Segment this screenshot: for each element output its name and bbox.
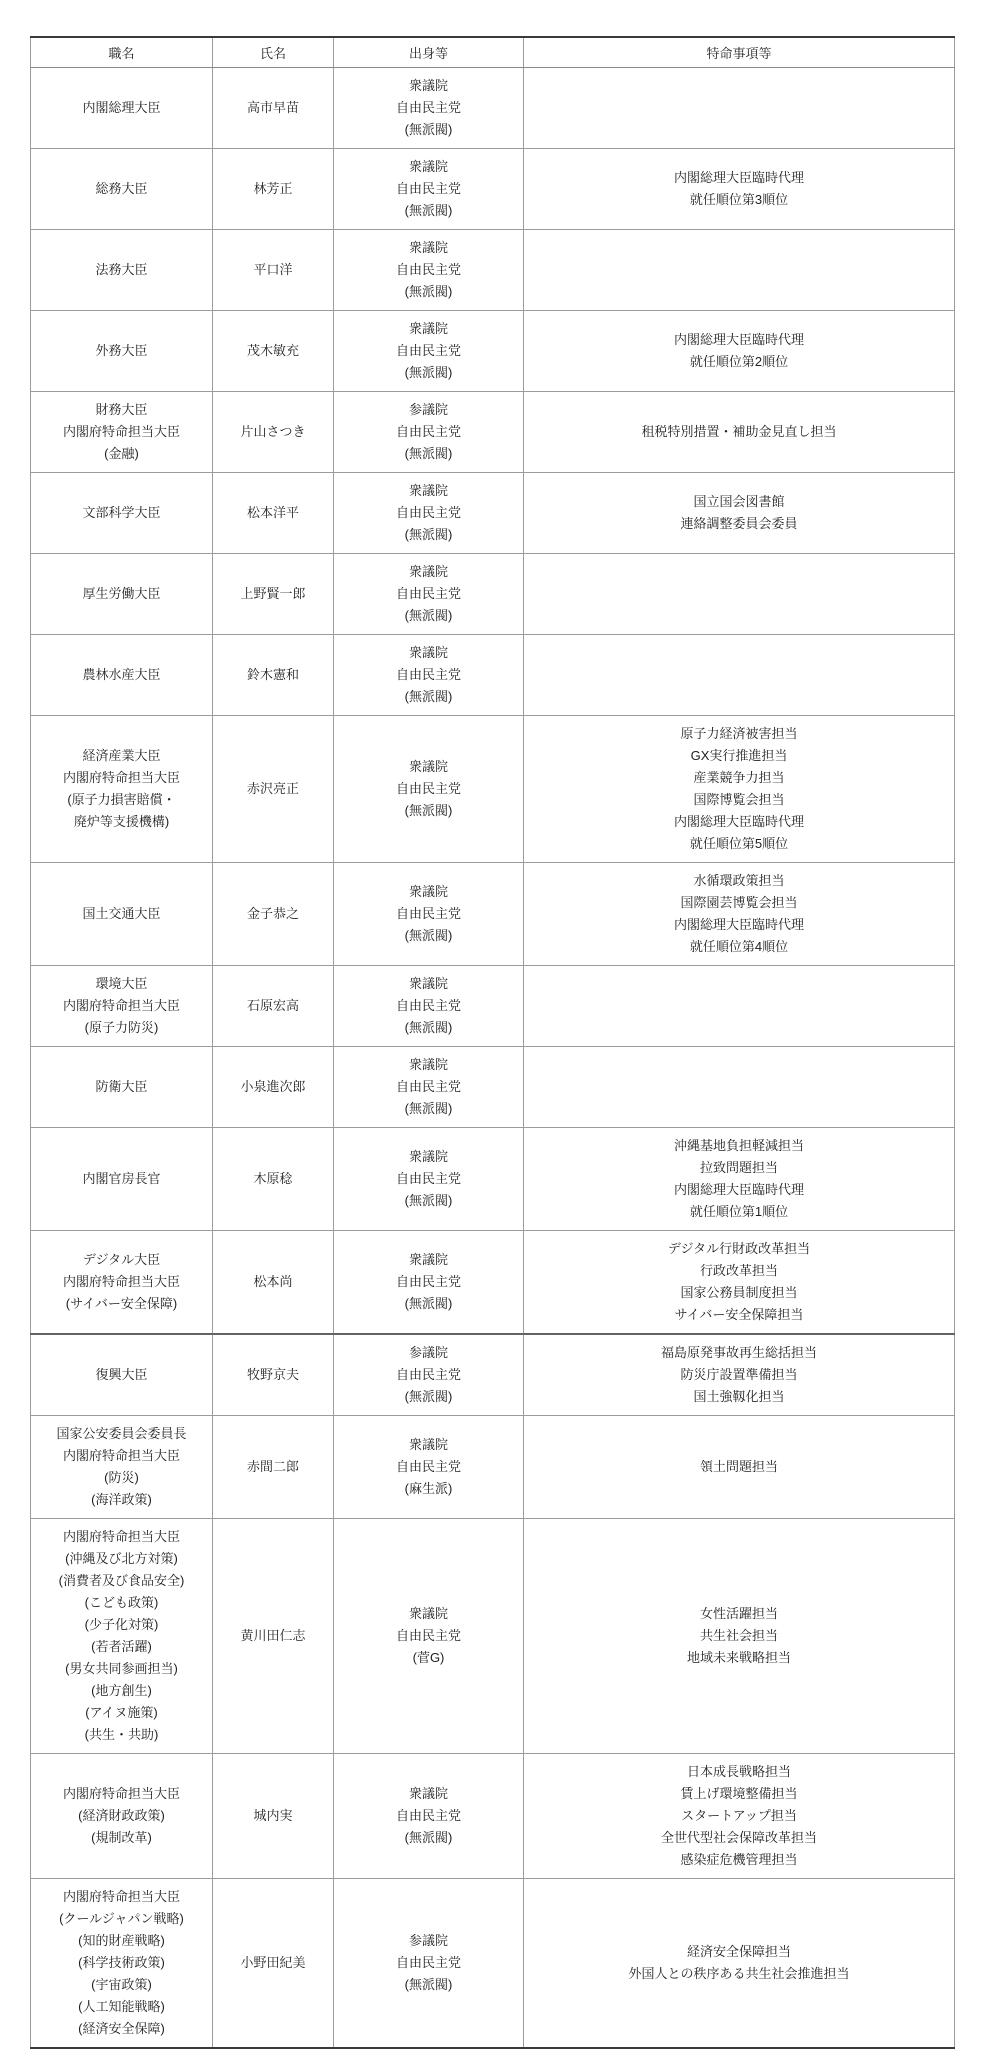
origin-line: 自由民主党 [339,664,518,686]
minister-name-line: 牧野京夫 [218,1364,328,1386]
missions-cell: 日本成長戦略担当賃上げ環境整備担当スタートアップ担当全世代型社会保障改革担当感染… [524,1754,955,1879]
minister-name-cell: 上野賢一郎 [213,554,334,635]
minister-name-cell: 茂木敏充 [213,311,334,392]
origin-line: 衆議院 [339,1146,518,1168]
position-line: (こども政策) [36,1592,207,1614]
origin-line: (無派閥) [339,281,518,303]
minister-name-line: 赤沢亮正 [218,778,328,800]
position-line: 内閣府特命担当大臣 [36,1271,207,1293]
origin-line: 自由民主党 [339,1625,518,1647]
missions-line: 国立国会図書館 [529,491,949,513]
page: 職名 氏名 出身等 特命事項等 内閣総理大臣高市早苗衆議院自由民主党(無派閥)総… [0,0,985,2069]
position-line: (原子力防災) [36,1017,207,1039]
origin-cell: 衆議院自由民主党(麻生派) [334,1416,524,1519]
origin-line: (無派閥) [339,524,518,546]
origin-cell: 衆議院自由民主党(無派閥) [334,1128,524,1231]
header-origin: 出身等 [334,37,524,68]
position-line: 経済産業大臣 [36,745,207,767]
missions-line: 内閣総理大臣臨時代理 [529,811,949,833]
position-line: 財務大臣 [36,399,207,421]
minister-name-line: 小野田紀美 [218,1952,328,1974]
origin-line: 衆議院 [339,1054,518,1076]
origin-line: 衆議院 [339,973,518,995]
origin-cell: 衆議院自由民主党(無派閥) [334,863,524,966]
position-cell: 国家公安委員会委員長内閣府特命担当大臣(防災)(海洋政策) [31,1416,213,1519]
position-line: (人工知能戦略) [36,1996,207,2018]
table-row: 復興大臣牧野京夫参議院自由民主党(無派閥)福島原発事故再生総括担当防災庁設置準備… [31,1334,955,1416]
minister-name-cell: 赤間二郎 [213,1416,334,1519]
origin-cell: 衆議院自由民主党(無派閥) [334,966,524,1047]
origin-line: (無派閥) [339,1386,518,1408]
origin-line: 自由民主党 [339,1805,518,1827]
minister-name-cell: 赤沢亮正 [213,716,334,863]
table-row: 財務大臣内閣府特命担当大臣(金融)片山さつき参議院自由民主党(無派閥)租税特別措… [31,392,955,473]
minister-name-line: 高市早苗 [218,97,328,119]
table-row: 内閣府特命担当大臣(沖縄及び北方対策)(消費者及び食品安全)(こども政策)(少子… [31,1519,955,1754]
origin-line: (無派閥) [339,686,518,708]
missions-line: 就任順位第1順位 [529,1201,949,1223]
table-row: 環境大臣内閣府特命担当大臣(原子力防災)石原宏高衆議院自由民主党(無派閥) [31,966,955,1047]
position-cell: 環境大臣内閣府特命担当大臣(原子力防災) [31,966,213,1047]
missions-line: 内閣総理大臣臨時代理 [529,1179,949,1201]
minister-name-cell: 松本洋平 [213,473,334,554]
missions-line: 領土問題担当 [529,1456,949,1478]
origin-line: (無派閥) [339,1098,518,1120]
position-cell: 文部科学大臣 [31,473,213,554]
origin-cell: 衆議院自由民主党(無派閥) [334,635,524,716]
minister-name-cell: 林芳正 [213,149,334,230]
missions-line: 就任順位第2順位 [529,351,949,373]
table-row: 農林水産大臣鈴木憲和衆議院自由民主党(無派閥) [31,635,955,716]
origin-line: 自由民主党 [339,502,518,524]
position-line: 内閣府特命担当大臣 [36,421,207,443]
position-cell: 財務大臣内閣府特命担当大臣(金融) [31,392,213,473]
origin-line: 自由民主党 [339,421,518,443]
missions-line: 内閣総理大臣臨時代理 [529,914,949,936]
origin-line: (麻生派) [339,1478,518,1500]
position-line: (男女共同参画担当) [36,1658,207,1680]
minister-name-line: 林芳正 [218,178,328,200]
table-row: 厚生労働大臣上野賢一郎衆議院自由民主党(無派閥) [31,554,955,635]
missions-cell: 内閣総理大臣臨時代理就任順位第2順位 [524,311,955,392]
minister-name-cell: 高市早苗 [213,68,334,149]
position-line: (少子化対策) [36,1614,207,1636]
position-line: 農林水産大臣 [36,664,207,686]
origin-cell: 衆議院自由民主党(無派閥) [334,149,524,230]
origin-line: 参議院 [339,1342,518,1364]
cabinet-table: 職名 氏名 出身等 特命事項等 内閣総理大臣高市早苗衆議院自由民主党(無派閥)総… [30,36,955,2049]
position-line: (原子力損害賠償・ [36,789,207,811]
position-line: 国家公安委員会委員長 [36,1423,207,1445]
origin-cell: 衆議院自由民主党(無派閥) [334,554,524,635]
origin-line: 衆議院 [339,237,518,259]
table-row: 国土交通大臣金子恭之衆議院自由民主党(無派閥)水循環政策担当国際園芸博覧会担当内… [31,863,955,966]
origin-line: (菅G) [339,1647,518,1669]
missions-cell: 沖縄基地負担軽減担当拉致問題担当内閣総理大臣臨時代理就任順位第1順位 [524,1128,955,1231]
table-row: 経済産業大臣内閣府特命担当大臣(原子力損害賠償・廃炉等支援機構)赤沢亮正衆議院自… [31,716,955,863]
position-line: (金融) [36,443,207,465]
position-line: 廃炉等支援機構) [36,811,207,833]
minister-name-line: 片山さつき [218,421,328,443]
origin-line: 自由民主党 [339,97,518,119]
position-line: 法務大臣 [36,259,207,281]
minister-name-cell: 小泉進次郎 [213,1047,334,1128]
missions-line: 原子力経済被害担当 [529,723,949,745]
table-row: 内閣府特命担当大臣(クールジャパン戦略)(知的財産戦略)(科学技術政策)(宇宙政… [31,1879,955,2049]
origin-line: (無派閥) [339,119,518,141]
origin-line: 衆議院 [339,1783,518,1805]
minister-name-cell: 金子恭之 [213,863,334,966]
position-line: (地方創生) [36,1680,207,1702]
position-line: 復興大臣 [36,1364,207,1386]
missions-cell: 原子力経済被害担当GX実行推進担当産業競争力担当国際博覧会担当内閣総理大臣臨時代… [524,716,955,863]
minister-name-line: 金子恭之 [218,903,328,925]
position-line: (若者活躍) [36,1636,207,1658]
position-line: (サイバー安全保障) [36,1293,207,1315]
table-row: 内閣府特命担当大臣(経済財政政策)(規制改革)城内実衆議院自由民主党(無派閥)日… [31,1754,955,1879]
origin-cell: 参議院自由民主党(無派閥) [334,1879,524,2049]
origin-line: 自由民主党 [339,1168,518,1190]
minister-name-line: 石原宏高 [218,995,328,1017]
position-line: (経済財政政策) [36,1805,207,1827]
position-line: (規制改革) [36,1827,207,1849]
missions-line: 国際園芸博覧会担当 [529,892,949,914]
position-line: デジタル大臣 [36,1249,207,1271]
origin-line: 自由民主党 [339,1271,518,1293]
minister-name-cell: 城内実 [213,1754,334,1879]
table-row: 文部科学大臣松本洋平衆議院自由民主党(無派閥)国立国会図書館連絡調整委員会委員 [31,473,955,554]
missions-cell: 経済安全保障担当外国人との秩序ある共生社会推進担当 [524,1879,955,2049]
missions-cell [524,68,955,149]
origin-line: 衆議院 [339,1603,518,1625]
position-cell: 農林水産大臣 [31,635,213,716]
missions-line: 防災庁設置準備担当 [529,1364,949,1386]
position-line: 内閣府特命担当大臣 [36,1526,207,1548]
missions-line: 行政改革担当 [529,1260,949,1282]
origin-line: 衆議院 [339,881,518,903]
missions-cell [524,635,955,716]
table-row: 外務大臣茂木敏充衆議院自由民主党(無派閥)内閣総理大臣臨時代理就任順位第2順位 [31,311,955,392]
missions-cell [524,230,955,311]
origin-line: 自由民主党 [339,178,518,200]
origin-cell: 衆議院自由民主党(無派閥) [334,311,524,392]
position-cell: 厚生労働大臣 [31,554,213,635]
position-line: 外務大臣 [36,340,207,362]
position-cell: 内閣府特命担当大臣(クールジャパン戦略)(知的財産戦略)(科学技術政策)(宇宙政… [31,1879,213,2049]
origin-line: 衆議院 [339,756,518,778]
minister-name-line: 松本尚 [218,1271,328,1293]
origin-cell: 参議院自由民主党(無派閥) [334,392,524,473]
missions-line: 国家公務員制度担当 [529,1282,949,1304]
origin-line: 衆議院 [339,1249,518,1271]
origin-line: 参議院 [339,1930,518,1952]
missions-line: 就任順位第4順位 [529,936,949,958]
table-row: 総務大臣林芳正衆議院自由民主党(無派閥)内閣総理大臣臨時代理就任順位第3順位 [31,149,955,230]
origin-cell: 衆議院自由民主党(無派閥) [334,716,524,863]
missions-line: スタートアップ担当 [529,1805,949,1827]
origin-line: 自由民主党 [339,340,518,362]
minister-name-cell: 松本尚 [213,1231,334,1335]
origin-line: (無派閥) [339,800,518,822]
missions-line: 租税特別措置・補助金見直し担当 [529,421,949,443]
missions-line: 沖縄基地負担軽減担当 [529,1135,949,1157]
missions-cell: 内閣総理大臣臨時代理就任順位第3順位 [524,149,955,230]
table-body: 内閣総理大臣高市早苗衆議院自由民主党(無派閥)総務大臣林芳正衆議院自由民主党(無… [31,68,955,2049]
missions-cell [524,554,955,635]
position-line: 内閣府特命担当大臣 [36,1886,207,1908]
minister-name-cell: 黄川田仁志 [213,1519,334,1754]
missions-line: 内閣総理大臣臨時代理 [529,329,949,351]
origin-cell: 参議院自由民主党(無派閥) [334,1334,524,1416]
missions-line: 地域未来戦略担当 [529,1647,949,1669]
header-name: 氏名 [213,37,334,68]
missions-line: 内閣総理大臣臨時代理 [529,167,949,189]
minister-name-line: 上野賢一郎 [218,583,328,605]
origin-line: (無派閥) [339,1017,518,1039]
table-row: 内閣官房長官木原稔衆議院自由民主党(無派閥)沖縄基地負担軽減担当拉致問題担当内閣… [31,1128,955,1231]
missions-line: サイバー安全保障担当 [529,1304,949,1326]
table-row: デジタル大臣内閣府特命担当大臣(サイバー安全保障)松本尚衆議院自由民主党(無派閥… [31,1231,955,1335]
origin-line: (無派閥) [339,1827,518,1849]
minister-name-cell: 石原宏高 [213,966,334,1047]
missions-line: 就任順位第3順位 [529,189,949,211]
origin-line: (無派閥) [339,925,518,947]
position-line: 内閣府特命担当大臣 [36,995,207,1017]
missions-line: 賃上げ環境整備担当 [529,1783,949,1805]
position-cell: 法務大臣 [31,230,213,311]
position-line: (防災) [36,1467,207,1489]
position-line: (科学技術政策) [36,1952,207,1974]
table-row: 防衛大臣小泉進次郎衆議院自由民主党(無派閥) [31,1047,955,1128]
origin-line: (無派閥) [339,443,518,465]
position-line: (経済安全保障) [36,2018,207,2040]
position-line: 内閣総理大臣 [36,97,207,119]
missions-line: 感染症危機管理担当 [529,1849,949,1871]
table-row: 法務大臣平口洋衆議院自由民主党(無派閥) [31,230,955,311]
missions-line: 日本成長戦略担当 [529,1761,949,1783]
origin-line: 自由民主党 [339,778,518,800]
origin-line: 衆議院 [339,156,518,178]
origin-line: 衆議院 [339,318,518,340]
origin-cell: 衆議院自由民主党(無派閥) [334,473,524,554]
minister-name-line: 黄川田仁志 [218,1625,328,1647]
origin-line: (無派閥) [339,1190,518,1212]
position-line: (クールジャパン戦略) [36,1908,207,1930]
origin-line: 衆議院 [339,561,518,583]
missions-line: GX実行推進担当 [529,745,949,767]
origin-line: 衆議院 [339,642,518,664]
position-cell: 内閣総理大臣 [31,68,213,149]
missions-cell: 女性活躍担当共生社会担当地域未来戦略担当 [524,1519,955,1754]
origin-line: 衆議院 [339,1434,518,1456]
minister-name-line: 平口洋 [218,259,328,281]
position-line: 文部科学大臣 [36,502,207,524]
position-line: 内閣府特命担当大臣 [36,1783,207,1805]
position-line: 環境大臣 [36,973,207,995]
minister-name-cell: 小野田紀美 [213,1879,334,2049]
missions-cell: デジタル行財政改革担当行政改革担当国家公務員制度担当サイバー安全保障担当 [524,1231,955,1335]
missions-cell: 福島原発事故再生総括担当防災庁設置準備担当国土強靱化担当 [524,1334,955,1416]
position-line: (消費者及び食品安全) [36,1570,207,1592]
origin-cell: 衆議院自由民主党(菅G) [334,1519,524,1754]
header-position: 職名 [31,37,213,68]
position-line: 総務大臣 [36,178,207,200]
missions-cell [524,1047,955,1128]
minister-name-cell: 片山さつき [213,392,334,473]
position-line: 内閣府特命担当大臣 [36,767,207,789]
table-row: 国家公安委員会委員長内閣府特命担当大臣(防災)(海洋政策)赤間二郎衆議院自由民主… [31,1416,955,1519]
missions-cell: 水循環政策担当国際園芸博覧会担当内閣総理大臣臨時代理就任順位第4順位 [524,863,955,966]
origin-line: 自由民主党 [339,1364,518,1386]
position-cell: 復興大臣 [31,1334,213,1416]
origin-line: 自由民主党 [339,903,518,925]
origin-cell: 衆議院自由民主党(無派閥) [334,1231,524,1335]
origin-line: 自由民主党 [339,1952,518,1974]
minister-name-cell: 牧野京夫 [213,1334,334,1416]
origin-cell: 衆議院自由民主党(無派閥) [334,1047,524,1128]
origin-line: (無派閥) [339,605,518,627]
missions-cell: 領土問題担当 [524,1416,955,1519]
missions-line: 拉致問題担当 [529,1157,949,1179]
missions-line: 全世代型社会保障改革担当 [529,1827,949,1849]
position-line: (共生・共助) [36,1724,207,1746]
position-line: 厚生労働大臣 [36,583,207,605]
position-line: (沖縄及び北方対策) [36,1548,207,1570]
minister-name-cell: 木原稔 [213,1128,334,1231]
position-cell: デジタル大臣内閣府特命担当大臣(サイバー安全保障) [31,1231,213,1335]
position-line: 防衛大臣 [36,1076,207,1098]
minister-name-line: 松本洋平 [218,502,328,524]
missions-line: 共生社会担当 [529,1625,949,1647]
position-line: (アイヌ施策) [36,1702,207,1724]
minister-name-cell: 平口洋 [213,230,334,311]
missions-cell: 租税特別措置・補助金見直し担当 [524,392,955,473]
origin-line: (無派閥) [339,1293,518,1315]
origin-cell: 衆議院自由民主党(無派閥) [334,230,524,311]
header-missions: 特命事項等 [524,37,955,68]
position-line: (海洋政策) [36,1489,207,1511]
origin-line: 自由民主党 [339,1076,518,1098]
missions-line: 外国人との秩序ある共生社会推進担当 [529,1963,949,1985]
minister-name-line: 小泉進次郎 [218,1076,328,1098]
table-row: 内閣総理大臣高市早苗衆議院自由民主党(無派閥) [31,68,955,149]
table-header: 職名 氏名 出身等 特命事項等 [31,37,955,68]
missions-line: 女性活躍担当 [529,1603,949,1625]
origin-line: 自由民主党 [339,1456,518,1478]
missions-line: 連絡調整委員会委員 [529,513,949,535]
minister-name-line: 鈴木憲和 [218,664,328,686]
origin-line: 参議院 [339,399,518,421]
position-cell: 防衛大臣 [31,1047,213,1128]
minister-name-line: 城内実 [218,1805,328,1827]
missions-line: 国際博覧会担当 [529,789,949,811]
origin-line: (無派閥) [339,1974,518,1996]
position-cell: 経済産業大臣内閣府特命担当大臣(原子力損害賠償・廃炉等支援機構) [31,716,213,863]
origin-line: 衆議院 [339,75,518,97]
missions-line: デジタル行財政改革担当 [529,1238,949,1260]
origin-line: 自由民主党 [339,995,518,1017]
missions-line: 就任順位第5順位 [529,833,949,855]
minister-name-line: 茂木敏充 [218,340,328,362]
position-line: 内閣官房長官 [36,1168,207,1190]
position-cell: 国土交通大臣 [31,863,213,966]
position-cell: 総務大臣 [31,149,213,230]
origin-line: (無派閥) [339,362,518,384]
position-line: 国土交通大臣 [36,903,207,925]
origin-cell: 衆議院自由民主党(無派閥) [334,1754,524,1879]
origin-line: (無派閥) [339,200,518,222]
position-cell: 内閣官房長官 [31,1128,213,1231]
missions-line: 国土強靱化担当 [529,1386,949,1408]
position-line: (宇宙政策) [36,1974,207,1996]
origin-line: 自由民主党 [339,259,518,281]
position-line: (知的財産戦略) [36,1930,207,1952]
missions-cell: 国立国会図書館連絡調整委員会委員 [524,473,955,554]
origin-cell: 衆議院自由民主党(無派閥) [334,68,524,149]
position-cell: 内閣府特命担当大臣(沖縄及び北方対策)(消費者及び食品安全)(こども政策)(少子… [31,1519,213,1754]
minister-name-line: 木原稔 [218,1168,328,1190]
origin-line: 自由民主党 [339,583,518,605]
minister-name-cell: 鈴木憲和 [213,635,334,716]
header-row: 職名 氏名 出身等 特命事項等 [31,37,955,68]
missions-line: 経済安全保障担当 [529,1941,949,1963]
missions-line: 水循環政策担当 [529,870,949,892]
position-cell: 外務大臣 [31,311,213,392]
position-line: 内閣府特命担当大臣 [36,1445,207,1467]
missions-cell [524,966,955,1047]
position-cell: 内閣府特命担当大臣(経済財政政策)(規制改革) [31,1754,213,1879]
minister-name-line: 赤間二郎 [218,1456,328,1478]
missions-line: 福島原発事故再生総括担当 [529,1342,949,1364]
origin-line: 衆議院 [339,480,518,502]
missions-line: 産業競争力担当 [529,767,949,789]
